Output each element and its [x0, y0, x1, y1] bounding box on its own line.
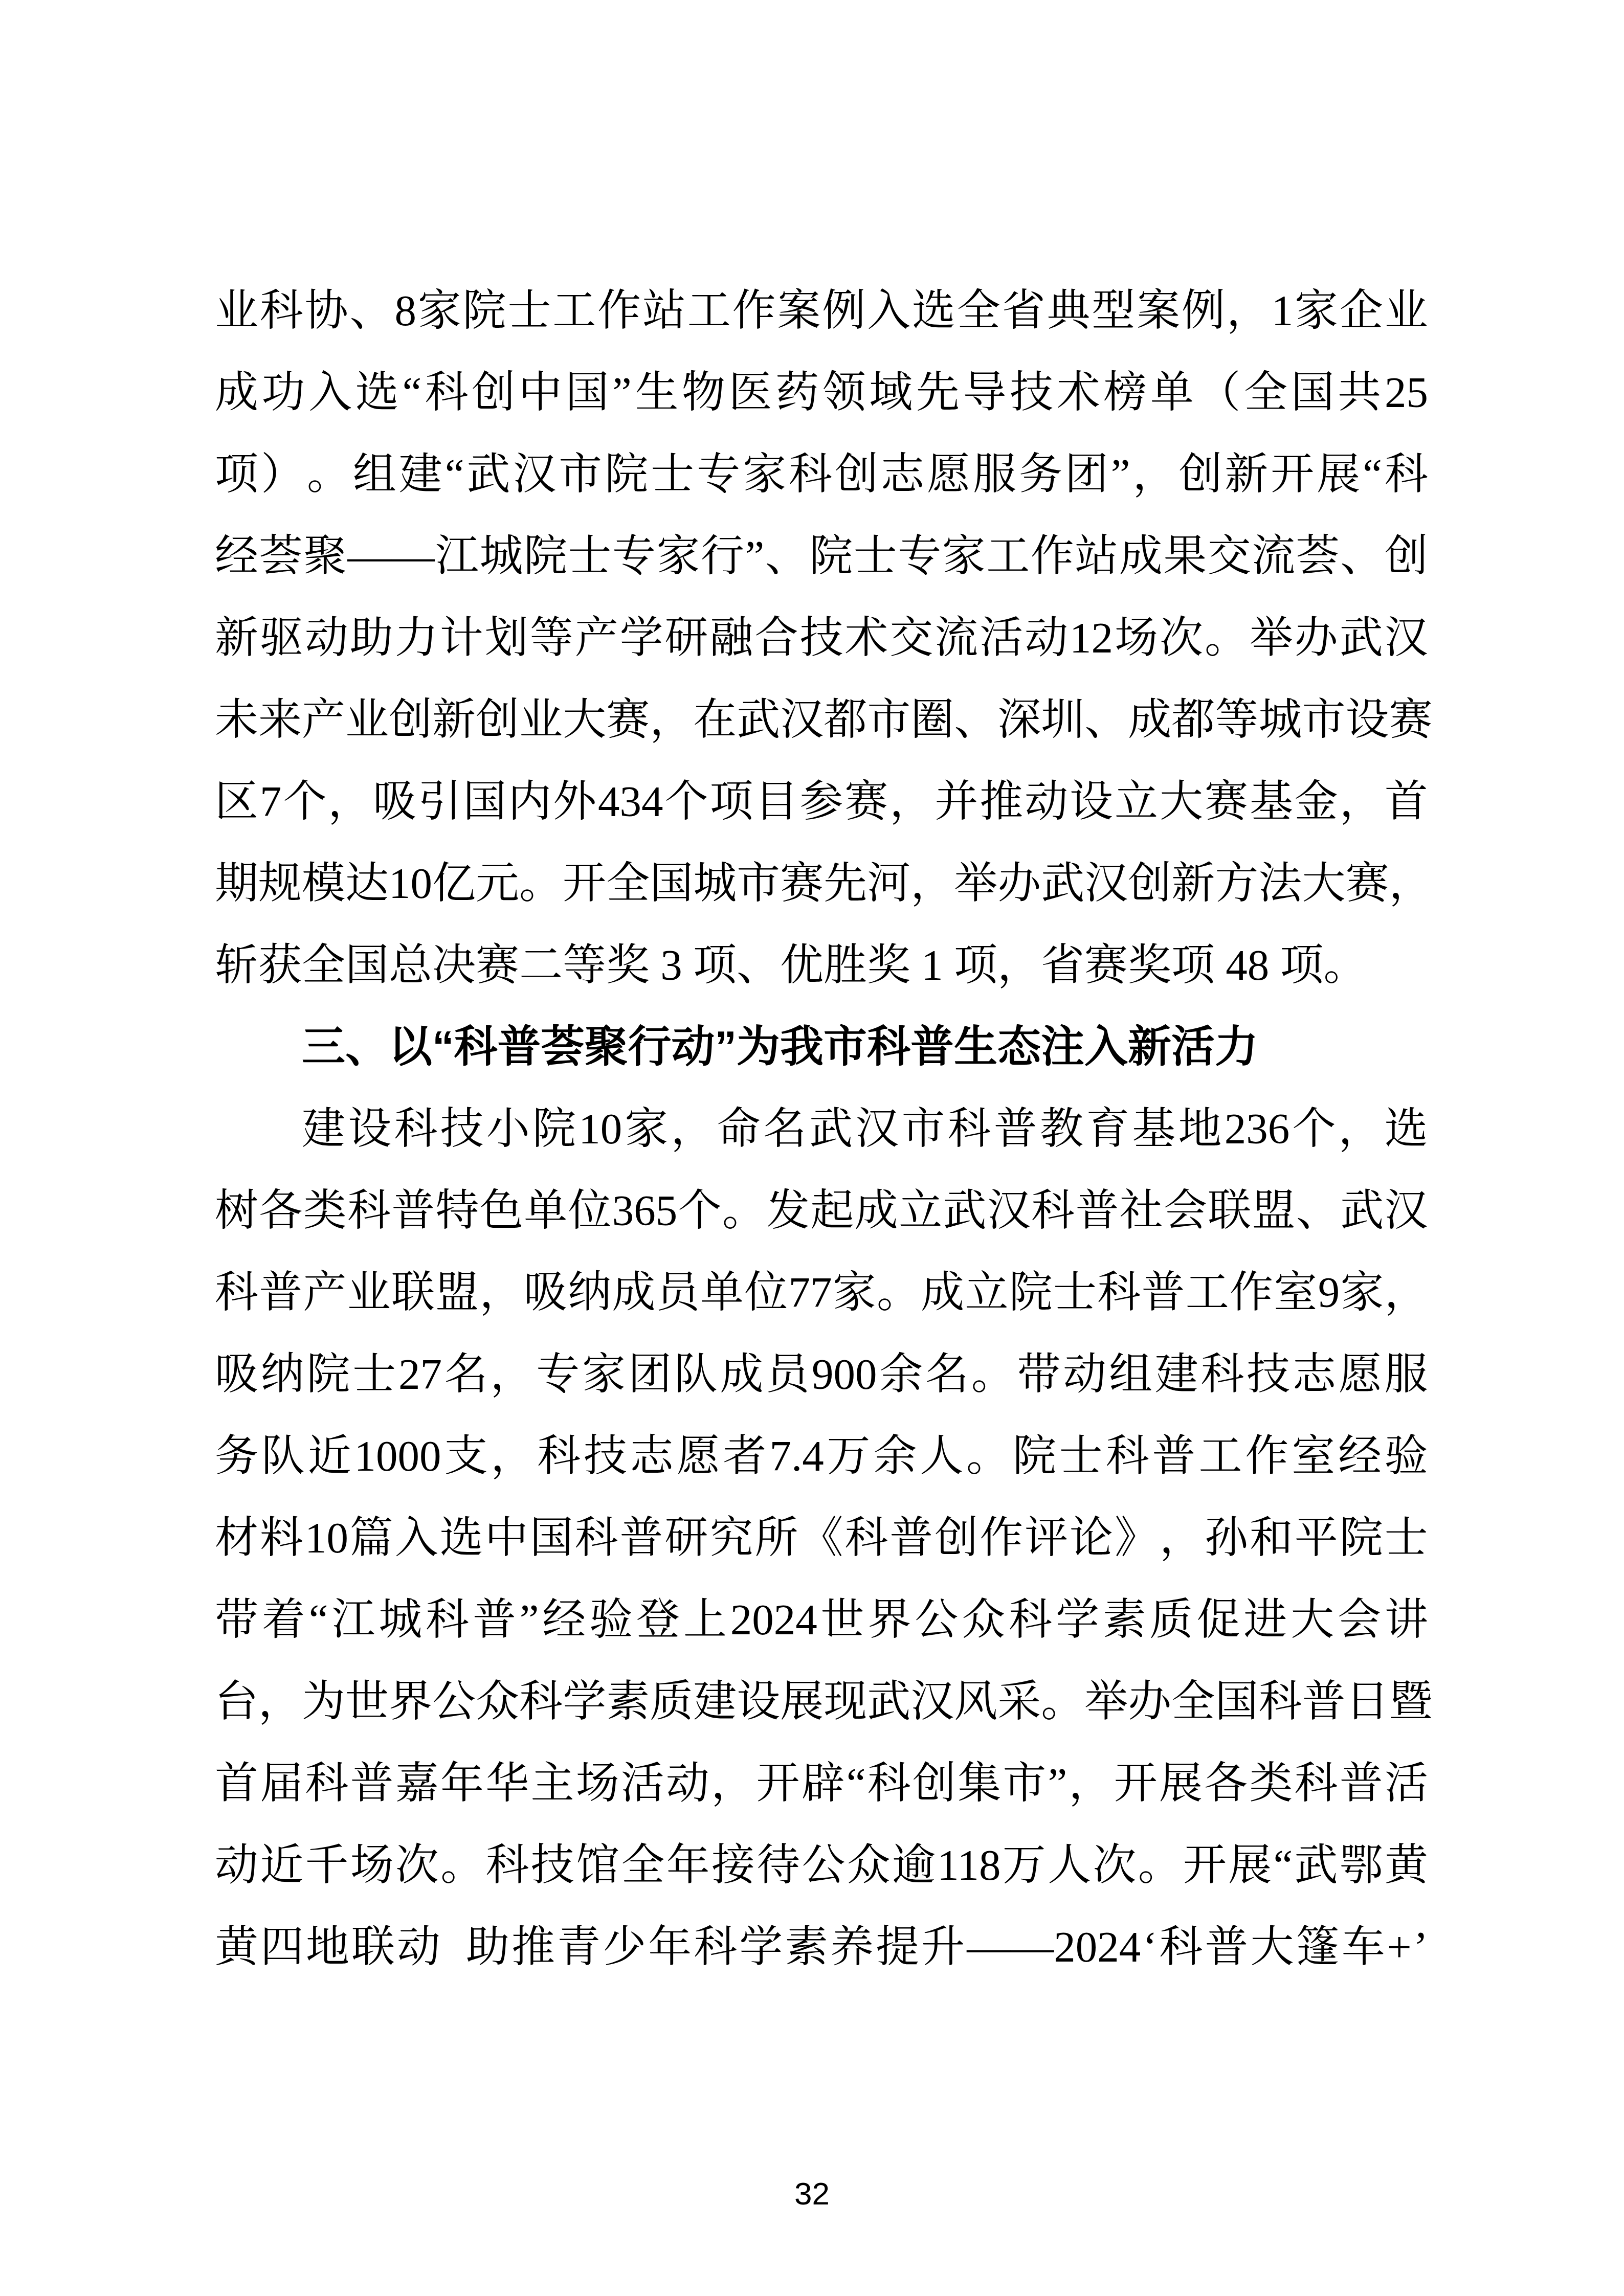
text-line: 科普产业联盟，吸纳成员单位77家。成立院士科普工作室9家， — [215, 1252, 1428, 1334]
text-line: 未来产业创新创业大赛，在武汉都市圈、深圳、成都等城市设赛 — [215, 679, 1428, 761]
document-page: 业科协、8家院士工作站工作案例入选全省典型案例，1家企业成功入选“科创中国”生物… — [0, 0, 1624, 2296]
text-line: 项）。组建“武汉市院士专家科创志愿服务团”，创新开展“科 — [215, 434, 1428, 515]
text-line: 新驱动助力计划等产学研融合技术交流活动12场次。举办武汉 — [215, 597, 1428, 679]
text-line: 务队近1000支，科技志愿者7.4万余人。院士科普工作室经验 — [215, 1415, 1428, 1497]
paragraph-kepu: 建设科技小院10家，命名武汉市科普教育基地236个，选树各类科普特色单位365个… — [215, 1088, 1428, 1988]
text-line: 动近千场次。科技馆全年接待公众逾118万人次。开展“武鄂黄 — [215, 1825, 1428, 1906]
text-line: 带着“江城科普”经验登上2024世界公众科学素质促进大会讲 — [215, 1579, 1428, 1661]
paragraph-continuation: 业科协、8家院士工作站工作案例入选全省典型案例，1家企业成功入选“科创中国”生物… — [215, 270, 1428, 1006]
text-block: 业科协、8家院士工作站工作案例入选全省典型案例，1家企业成功入选“科创中国”生物… — [215, 270, 1428, 1988]
text-line: 材料10篇入选中国科普研究所《科普创作评论》，孙和平院士 — [215, 1497, 1428, 1579]
section-heading-3: 三、以“科普荟聚行动”为我市科普生态注入新活力 — [215, 1006, 1428, 1088]
text-line: 三、以“科普荟聚行动”为我市科普生态注入新活力 — [215, 1006, 1428, 1088]
text-line: 成功入选“科创中国”生物医药领域先导技术榜单（全国共25 — [215, 352, 1428, 434]
text-line: 首届科普嘉年华主场活动，开辟“科创集市”，开展各类科普活 — [215, 1743, 1428, 1825]
text-line: 吸纳院士27名，专家团队成员900余名。带动组建科技志愿服 — [215, 1334, 1428, 1415]
text-line: 期规模达10亿元。开全国城市赛先河，举办武汉创新方法大赛， — [215, 843, 1428, 925]
text-line: 经荟聚——江城院士专家行”、院士专家工作站成果交流荟、创 — [215, 515, 1428, 597]
text-line: 树各类科普特色单位365个。发起成立武汉科普社会联盟、武汉 — [215, 1170, 1428, 1252]
text-line: 业科协、8家院士工作站工作案例入选全省典型案例，1家企业 — [215, 270, 1428, 352]
text-line: 黄四地联动助推青少年科学素养提升——2024‘科普大篷车+’ — [215, 1906, 1428, 1988]
page-number: 32 — [0, 2176, 1624, 2213]
text-line: 区7个，吸引国内外434个项目参赛，并推动设立大赛基金，首 — [215, 761, 1428, 843]
text-line: 斩获全国总决赛二等奖 3 项、优胜奖 1 项，省赛奖项 48 项。 — [215, 925, 1428, 1006]
text-line: 建设科技小院10家，命名武汉市科普教育基地236个，选 — [215, 1088, 1428, 1170]
text-line: 台，为世界公众科学素质建设展现武汉风采。举办全国科普日暨 — [215, 1661, 1428, 1743]
